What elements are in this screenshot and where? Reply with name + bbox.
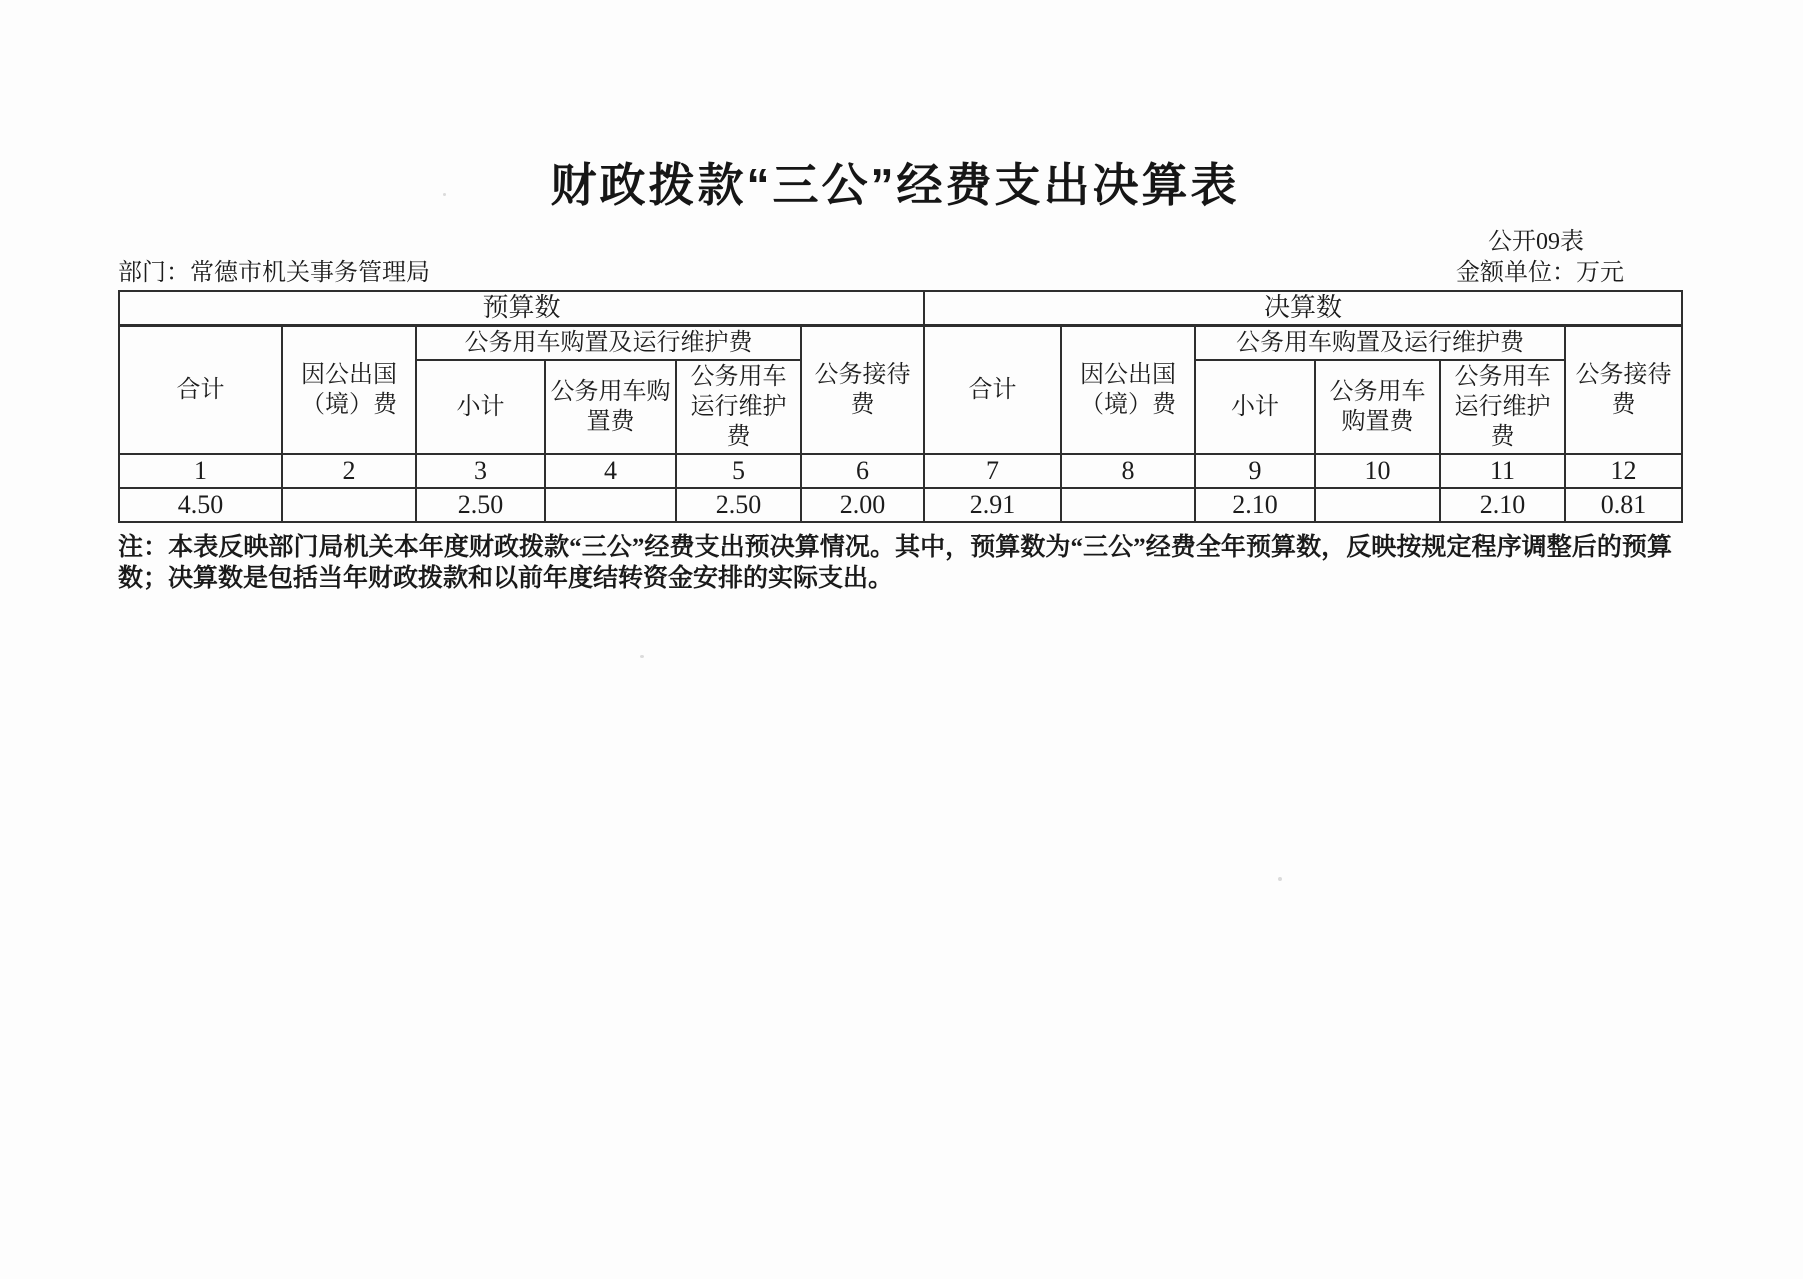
- value-final-reception: 0.81: [1565, 488, 1682, 522]
- header-budget-abroad: 因公出国（境）费: [282, 326, 416, 455]
- amount-unit-label: 金额单位：万元: [1456, 258, 1672, 288]
- header-final-vehicle-group: 公务用车购置及运行维护费: [1195, 326, 1565, 361]
- form-code-label: 公开09表: [118, 228, 1672, 256]
- scan-artifact: [640, 655, 644, 658]
- header-budget-vehicle-purchase: 公务用车购置费: [545, 360, 676, 454]
- section-final: 决算数: [924, 291, 1682, 326]
- scan-artifact: [1278, 877, 1282, 881]
- department-label: 部门：常德市机关事务管理局: [118, 258, 430, 288]
- header-final-vehicle-purchase: 公务用车购置费: [1315, 360, 1440, 454]
- section-budget: 预算数: [119, 291, 924, 326]
- header-final-vehicle-subtotal: 小计: [1195, 360, 1315, 454]
- section-header-row: 预算数 决算数: [119, 291, 1682, 326]
- header-final-abroad: 因公出国（境）费: [1061, 326, 1195, 455]
- column-number: 8: [1061, 454, 1195, 488]
- value-budget-reception: 2.00: [801, 488, 924, 522]
- header-final-reception: 公务接待费: [1565, 326, 1682, 455]
- column-number: 11: [1440, 454, 1565, 488]
- value-budget-vehicle-subtotal: 2.50: [416, 488, 545, 522]
- three-public-expense-table: 预算数 决算数 合计 因公出国（境）费 公务用车购置及运行维护费 公务接待费 合…: [118, 290, 1683, 523]
- value-final-vehicle-maintenance: 2.10: [1440, 488, 1565, 522]
- column-number: 10: [1315, 454, 1440, 488]
- header-final-vehicle-maintenance: 公务用车运行维护费: [1440, 360, 1565, 454]
- document-content: 财政拨款“三公”经费支出决算表 公开09表 部门：常德市机关事务管理局 金额单位…: [118, 0, 1672, 594]
- header-budget-total: 合计: [119, 326, 282, 455]
- column-number-row: 1 2 3 4 5 6 7 8 9 10 11 12: [119, 454, 1682, 488]
- data-row: 4.50 2.50 2.50 2.00 2.91 2.10 2.10 0.81: [119, 488, 1682, 522]
- column-number: 7: [924, 454, 1061, 488]
- value-final-abroad: [1061, 488, 1195, 522]
- value-budget-total: 4.50: [119, 488, 282, 522]
- header-budget-vehicle-group: 公务用车购置及运行维护费: [416, 326, 801, 361]
- scanned-document-page: 财政拨款“三公”经费支出决算表 公开09表 部门：常德市机关事务管理局 金额单位…: [0, 0, 1803, 1279]
- value-budget-abroad: [282, 488, 416, 522]
- header-budget-vehicle-maintenance: 公务用车运行维护费: [676, 360, 801, 454]
- column-number: 9: [1195, 454, 1315, 488]
- value-final-total: 2.91: [924, 488, 1061, 522]
- column-number: 3: [416, 454, 545, 488]
- page-title: 财政拨款“三公”经费支出决算表: [118, 158, 1672, 212]
- value-budget-vehicle-purchase: [545, 488, 676, 522]
- group-header-row: 合计 因公出国（境）费 公务用车购置及运行维护费 公务接待费 合计 因公出国（境…: [119, 326, 1682, 361]
- column-number: 12: [1565, 454, 1682, 488]
- value-budget-vehicle-maintenance: 2.50: [676, 488, 801, 522]
- column-number: 4: [545, 454, 676, 488]
- header-final-total: 合计: [924, 326, 1061, 455]
- meta-row: 部门：常德市机关事务管理局 金额单位：万元: [118, 258, 1672, 288]
- column-number: 6: [801, 454, 924, 488]
- footnote: 注：本表反映部门局机关本年度财政拨款“三公”经费支出预决算情况。其中，预算数为“…: [118, 532, 1672, 594]
- column-number: 5: [676, 454, 801, 488]
- column-number: 1: [119, 454, 282, 488]
- value-final-vehicle-purchase: [1315, 488, 1440, 522]
- column-number: 2: [282, 454, 416, 488]
- header-budget-vehicle-subtotal: 小计: [416, 360, 545, 454]
- value-final-vehicle-subtotal: 2.10: [1195, 488, 1315, 522]
- header-budget-reception: 公务接待费: [801, 326, 924, 455]
